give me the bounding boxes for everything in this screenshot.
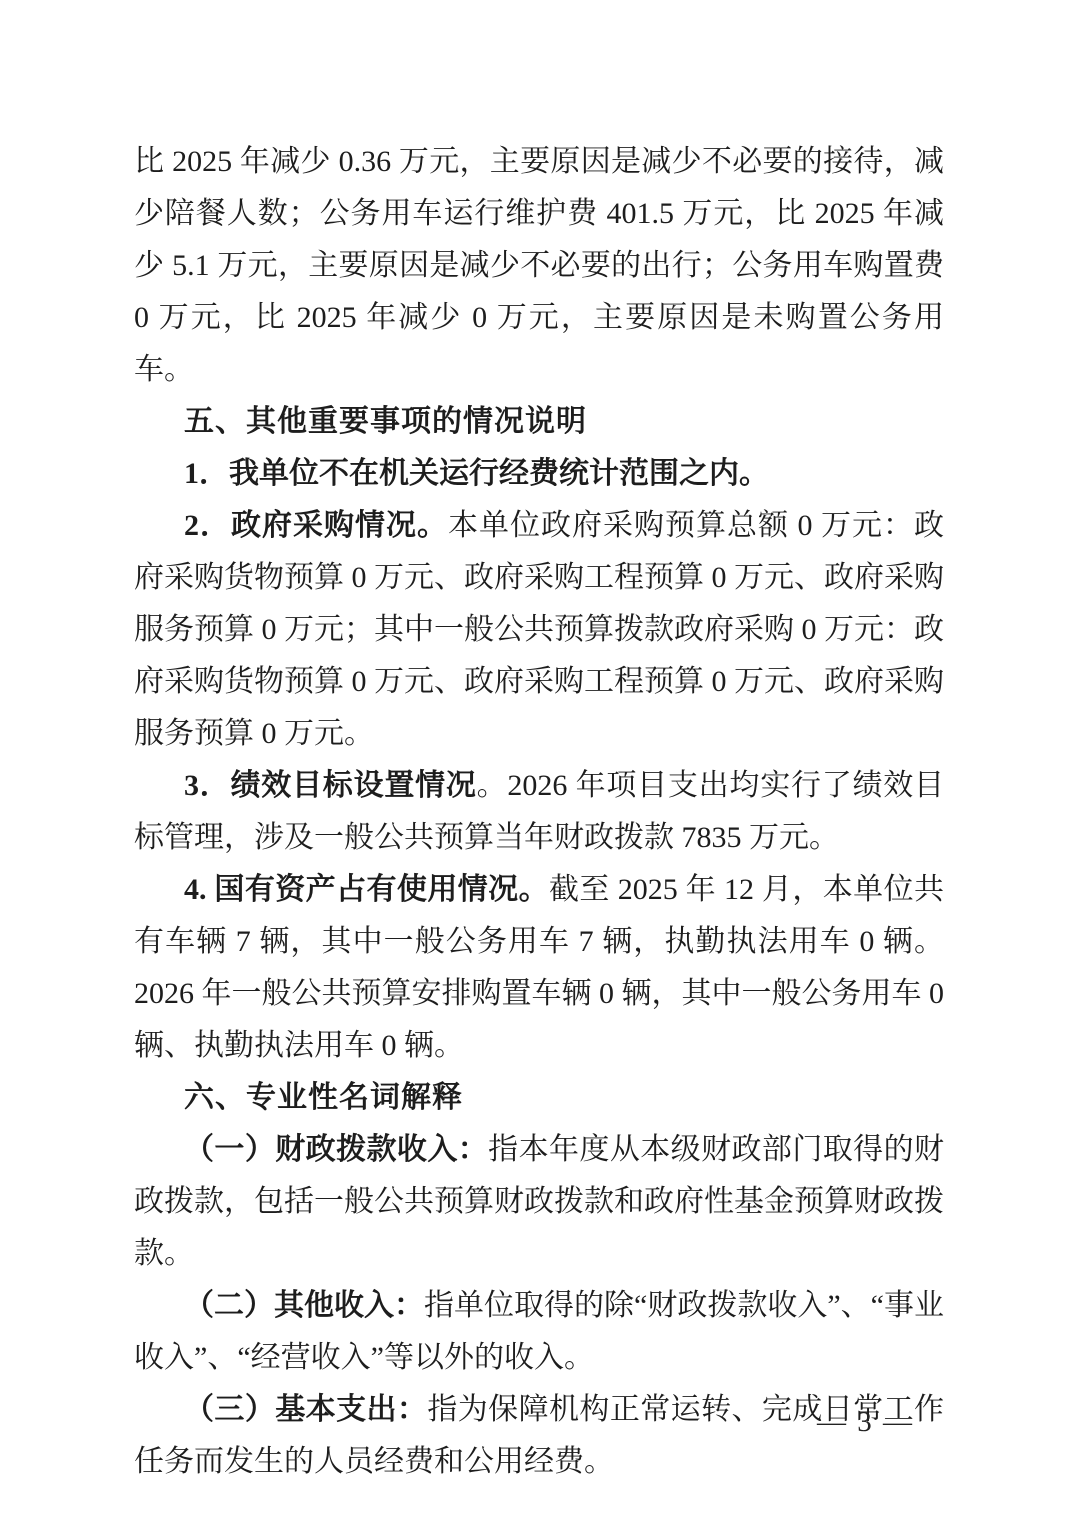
document-body: 比 2025 年减少 0.36 万元，主要原因是减少不必要的接待，减少陪餐人数；… bbox=[134, 136, 944, 1488]
bold-run: 2．政府采购情况。 bbox=[184, 509, 448, 542]
bold-run: 1．我单位不在机关运行经费统计范围之内。 bbox=[184, 457, 769, 490]
bold-run: 五、其他重要事项的情况说明 bbox=[184, 405, 587, 438]
bold-run: （三）基本支出： bbox=[184, 1393, 427, 1426]
continuation-paragraph: 比 2025 年减少 0.36 万元，主要原因是减少不必要的接待，减少陪餐人数；… bbox=[134, 136, 944, 396]
bold-run: 3．绩效目标设置情况 bbox=[184, 769, 477, 802]
bold-run: 六、专业性名词解释 bbox=[184, 1081, 463, 1114]
text-run: 比 2025 年减少 0.36 万元，主要原因是减少不必要的接待，减少陪餐人数；… bbox=[134, 145, 944, 386]
bold-run: 4. 国有资产占有使用情况。 bbox=[184, 873, 549, 906]
page-number: — 3 — bbox=[817, 1404, 914, 1440]
bold-run: （一）财政拨款收入： bbox=[184, 1133, 488, 1166]
item-3-performance-targets: 3．绩效目标设置情况。2026 年项目支出均实行了绩效目标管理，涉及一般公共预算… bbox=[134, 760, 944, 864]
term-2-other-income: （二）其他收入：指单位取得的除“财政拨款收入”、“事业收入”、“经营收入”等以外… bbox=[134, 1280, 944, 1384]
item-2-government-procurement: 2．政府采购情况。本单位政府采购预算总额 0 万元：政府采购货物预算 0 万元、… bbox=[134, 500, 944, 760]
item-4-state-assets: 4. 国有资产占有使用情况。截至 2025 年 12 月，本单位共有车辆 7 辆… bbox=[134, 864, 944, 1072]
bold-run: （二）其他收入： bbox=[184, 1289, 424, 1322]
document-page: 比 2025 年减少 0.36 万元，主要原因是减少不必要的接待，减少陪餐人数；… bbox=[0, 0, 1074, 1520]
item-1-operating-funds: 1．我单位不在机关运行经费统计范围之内。 bbox=[134, 448, 944, 500]
section-heading-6: 六、专业性名词解释 bbox=[134, 1072, 944, 1124]
term-1-fiscal-appropriation-income: （一）财政拨款收入：指本年度从本级财政部门取得的财政拨款，包括一般公共预算财政拨… bbox=[134, 1124, 944, 1280]
text-run: 本单位政府采购预算总额 0 万元：政府采购货物预算 0 万元、政府采购工程预算 … bbox=[134, 509, 944, 750]
section-heading-5: 五、其他重要事项的情况说明 bbox=[134, 396, 944, 448]
